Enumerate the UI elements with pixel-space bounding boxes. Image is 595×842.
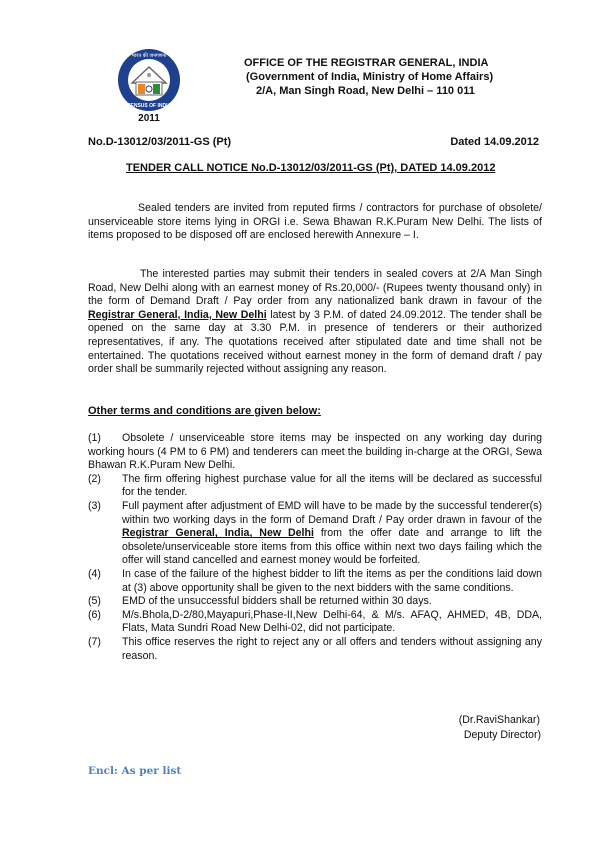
paragraph-submission-before: The interested parties may submit their … bbox=[88, 268, 542, 307]
payee-name: Registrar General, India, New Delhi bbox=[122, 527, 314, 539]
term-number: (1) bbox=[88, 432, 122, 446]
svg-text:भारत की जनगणना: भारत की जनगणना bbox=[131, 52, 167, 59]
term-item: (2)The firm offering highest purchase va… bbox=[88, 473, 542, 500]
office-address: 2/A, Man Singh Road, New Delhi – 110 011 bbox=[256, 84, 493, 98]
term-number: (5) bbox=[88, 595, 101, 609]
reference-date: Dated 14.09.2012 bbox=[450, 136, 539, 148]
signatory-designation: Deputy Director) bbox=[459, 728, 541, 743]
term-item: (3)Full payment after adjustment of EMD … bbox=[88, 500, 542, 568]
office-header: OFFICE OF THE REGISTRAR GENERAL, INDIA (… bbox=[230, 56, 493, 98]
term-item: (4)In case of the failure of the highest… bbox=[88, 568, 542, 595]
signature-block: (Dr.RaviShankar) Deputy Director) bbox=[459, 713, 541, 743]
term-number: (6) bbox=[88, 609, 101, 623]
paragraph-submission: The interested parties may submit their … bbox=[88, 268, 542, 377]
term-item: (7)This office reserves the right to rej… bbox=[88, 636, 542, 663]
payee-name: Registrar General, India, New Delhi bbox=[88, 309, 267, 321]
paragraph-intro-text: Sealed tenders are invited from reputed … bbox=[88, 202, 542, 241]
term-text: Obsolete / unserviceable store items may… bbox=[88, 432, 542, 471]
svg-text:CENSUS OF INDIA: CENSUS OF INDIA bbox=[127, 103, 172, 109]
terms-heading: Other terms and conditions are given bel… bbox=[88, 405, 321, 417]
term-number: (7) bbox=[88, 636, 101, 650]
census-emblem-icon: CENSUS OF INDIA भारत की जनगणना bbox=[110, 47, 188, 113]
document-page: CENSUS OF INDIA भारत की जनगणना 2011 OFFI… bbox=[0, 0, 595, 842]
term-text: M/s.Bhola,D-2/80,Mayapuri,Phase-II,New D… bbox=[122, 609, 542, 635]
term-text: This office reserves the right to reject… bbox=[122, 636, 542, 662]
reference-number: No.D-13012/03/2011-GS (Pt) bbox=[88, 136, 231, 148]
term-item: (5)EMD of the unsuccessful bidders shall… bbox=[88, 595, 542, 609]
signatory-name: (Dr.RaviShankar) bbox=[459, 713, 540, 728]
term-text-a: Full payment after adjustment of EMD wil… bbox=[122, 500, 542, 526]
term-number: (2) bbox=[88, 473, 101, 487]
term-text: EMD of the unsuccessful bidders shall be… bbox=[122, 595, 432, 607]
term-item: (1)Obsolete / unserviceable store items … bbox=[88, 432, 542, 473]
enclosure-note: Encl: As per list bbox=[88, 765, 181, 777]
term-number: (3) bbox=[88, 500, 101, 514]
census-logo: CENSUS OF INDIA भारत की जनगणना 2011 bbox=[110, 47, 188, 125]
term-number: (4) bbox=[88, 568, 101, 582]
paragraph-intro: Sealed tenders are invited from reputed … bbox=[88, 202, 542, 243]
term-text: In case of the failure of the highest bi… bbox=[122, 568, 542, 594]
term-item: (6)M/s.Bhola,D-2/80,Mayapuri,Phase-II,Ne… bbox=[88, 609, 542, 636]
notice-title: TENDER CALL NOTICE No.D-13012/03/2011-GS… bbox=[126, 162, 495, 174]
terms-list: (1)Obsolete / unserviceable store items … bbox=[88, 432, 542, 663]
term-text: The firm offering highest purchase value… bbox=[122, 473, 542, 499]
census-year: 2011 bbox=[110, 113, 188, 124]
office-ministry: (Government of India, Ministry of Home A… bbox=[246, 70, 493, 84]
office-name: OFFICE OF THE REGISTRAR GENERAL, INDIA bbox=[244, 56, 493, 70]
